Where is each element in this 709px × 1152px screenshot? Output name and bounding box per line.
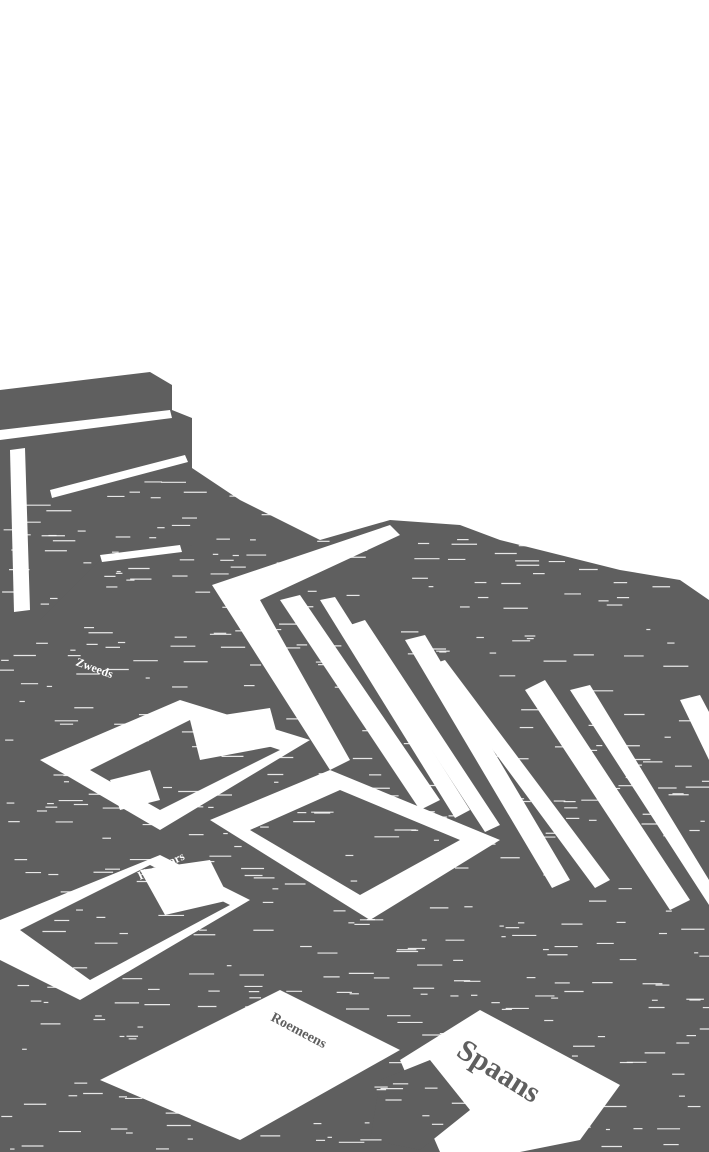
book-pile-photo: Spaans Roemeens Hongaars Zweeds [0, 0, 709, 1152]
